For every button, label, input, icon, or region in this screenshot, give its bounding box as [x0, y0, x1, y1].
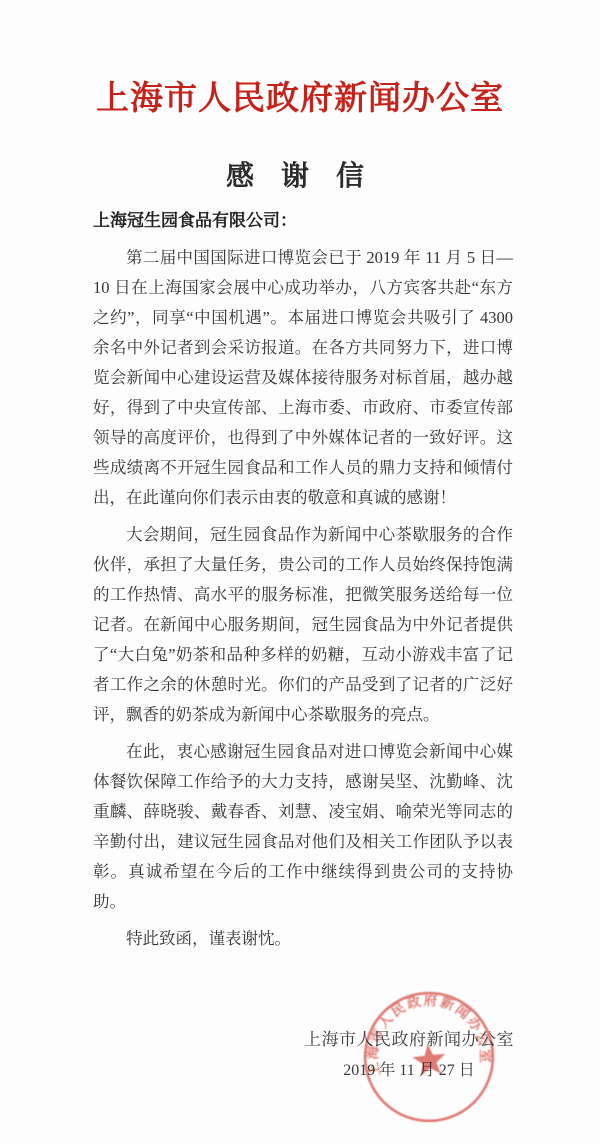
letter-title: 感 谢 信 — [0, 154, 600, 194]
scanned-letter-page: 上海市人民政府新闻办公室 感 谢 信 上海冠生园食品有限公司： 第二届中国国际进… — [0, 0, 600, 1145]
signature-org: 上海市人民政府新闻办公室 — [304, 1025, 514, 1055]
paragraph-3: 在此，衷心感谢冠生园食品对进口博览会新闻中心媒体餐饮保障工作给予的大力支持，感谢… — [93, 737, 513, 917]
paragraph-2: 大会期间，冠生园食品作为新闻中心茶歇服务的合作伙伴，承担了大量任务，贵公司的工作… — [93, 520, 513, 730]
signature-date: 2019 年 11 月 27 日 — [304, 1055, 514, 1087]
salutation: 上海冠生园食品有限公司： — [93, 206, 513, 236]
letterhead-title: 上海市人民政府新闻办公室 — [0, 72, 600, 119]
paragraph-1: 第二届中国国际进口博览会已于 2019 年 11 月 5 日—10 日在上海国家… — [93, 243, 513, 513]
paragraph-4: 特此致函，谨表谢忱。 — [93, 924, 513, 954]
letter-body: 上海冠生园食品有限公司： 第二届中国国际进口博览会已于 2019 年 11 月 … — [93, 206, 513, 954]
signature-block: 上海市人民政府新闻办公室 2019 年 11 月 27 日 — [304, 1025, 514, 1087]
